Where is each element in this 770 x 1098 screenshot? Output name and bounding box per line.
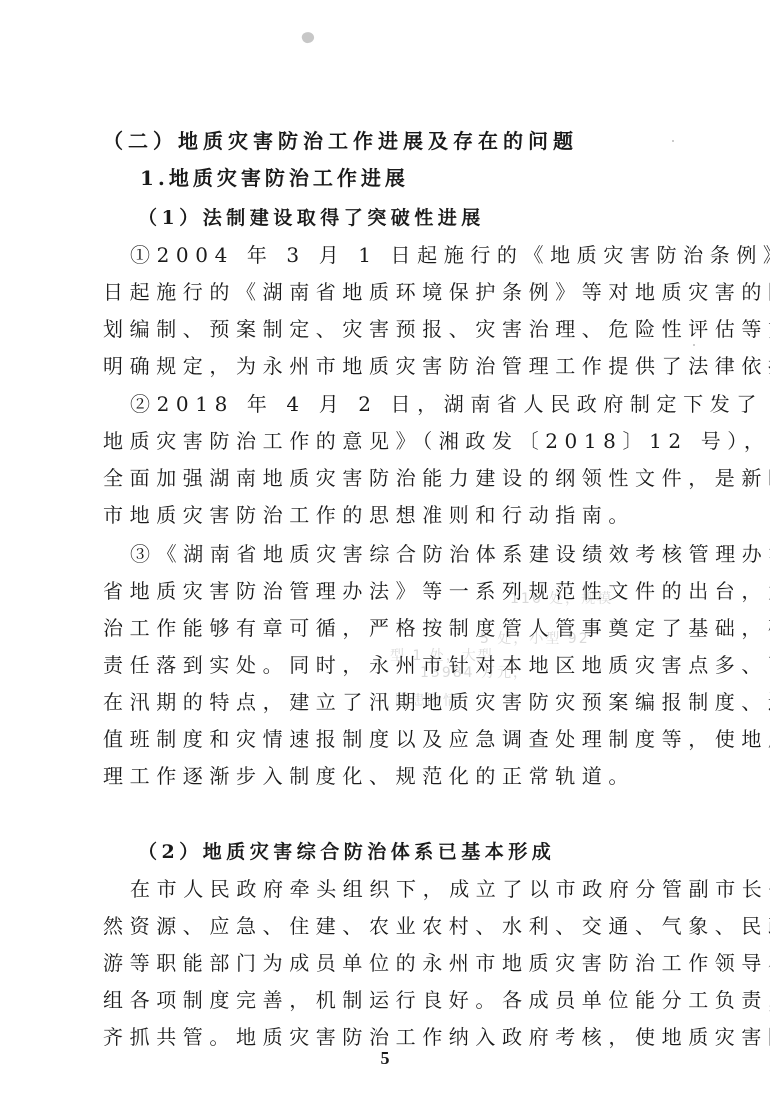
- paragraph-line: ①2004 年 3 月 1 日起施行的《地质灾害防治条例》、2019 年 1 月…: [130, 240, 673, 270]
- paragraph-line: 治工作能够有章可循，严格按制度管人管事奠定了基础，确保地灾防治: [103, 613, 673, 643]
- paragraph-line: 日起施行的《湖南省地质环境保护条例》等对地质灾害的防治方针、规: [103, 277, 673, 307]
- page-number: 5: [0, 1048, 770, 1069]
- paragraph-line: ②2018 年 4 月 2 日，湖南省人民政府制定下发了《关于进一步加强: [130, 389, 673, 419]
- scan-smudge: [300, 30, 315, 44]
- item-heading-2: （2）地质灾害综合防治体系已基本形成: [138, 837, 708, 867]
- paragraph-line: 组各项制度完善，机制运行良好。各成员单位能分工负责，密切配合，: [103, 985, 673, 1015]
- paragraph-line: 责任落到实处。同时，永州市针对本地区地质灾害点多、面广和多发生: [103, 650, 673, 680]
- paragraph-line: 明确规定，为永州市地质灾害防治管理工作提供了法律依据。: [103, 351, 673, 381]
- paragraph-line: 地质灾害防治工作的意见》（湘政发〔2018〕12 号），这是一个新形势下: [103, 426, 673, 456]
- paragraph-line: 理工作逐渐步入制度化、规范化的正常轨道。: [103, 761, 673, 791]
- paragraph-line: 然资源、应急、住建、农业农村、水利、交通、气象、民政、教育、旅: [103, 911, 673, 941]
- paragraph-line: 值班制度和灾情速报制度以及应急调查处理制度等，使地质灾害防治管: [103, 724, 673, 754]
- subsection-heading: 1.地质灾害防治工作进展: [140, 163, 710, 193]
- item-heading-1: （1）法制建设取得了突破性进展: [138, 203, 708, 233]
- paragraph-line: 游等职能部门为成员单位的永州市地质灾害防治工作领导小组。领导小: [103, 948, 673, 978]
- paragraph-line: 在汛期的特点，建立了汛期地质灾害防灾预案编报制度、巡查检查制度、: [103, 687, 673, 717]
- paragraph-line: ③《湖南省地质灾害综合防治体系建设绩效考核管理办法》、《湖南: [130, 539, 673, 569]
- scan-speck: [693, 344, 695, 346]
- paragraph-line: 划编制、预案制定、灾害预报、灾害治理、危险性评估等方面均作出了: [103, 314, 673, 344]
- paragraph-line: 市地质灾害防治工作的思想准则和行动指南。: [103, 500, 673, 530]
- paragraph-line: 全面加强湖南地质灾害防治能力建设的纲领性文件，是新时期做好永州: [103, 463, 673, 493]
- section-heading: （二）地质灾害防治工作进展及存在的问题: [103, 126, 673, 156]
- paragraph-line: 在市人民政府牵头组织下，成立了以市政府分管副市长任组长，自: [130, 874, 673, 904]
- paragraph-line: 省地质灾害防治管理办法》等一系列规范性文件的出台，为地质灾害防: [103, 576, 673, 606]
